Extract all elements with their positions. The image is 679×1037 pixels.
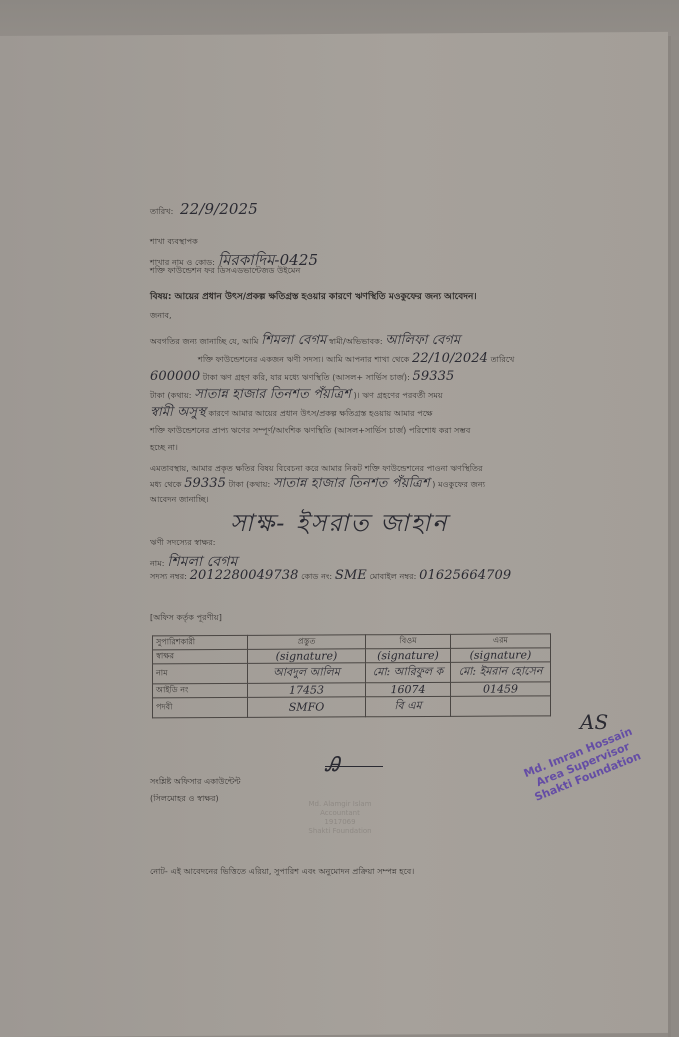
faded-stamp-line: Accountant (280, 809, 400, 818)
member-info-row: সদস্য নম্বর: 2012280049738 কোড নং: SME ম… (150, 568, 511, 584)
table-row: নাম আবদুল আলিম মো: আরিফুল ক মো: ইমরান হো… (153, 661, 679, 684)
applicant-signature: সাক্ষ- ইসরাত জাহান (230, 505, 448, 545)
p1-line7: হচ্ছে না। (150, 443, 178, 452)
signature-bm: (signature) (377, 649, 439, 662)
p2-line3: আবেদন জানাচ্ছি। (150, 495, 209, 504)
p2-line2-mid: টাকা (কথায়: (229, 480, 271, 489)
faded-stamp-line: Shakti Foundation (280, 827, 400, 836)
header-bm: বিওম (366, 634, 451, 648)
accountant-label: সংশ্লিষ্ট অফিসার একাউন্টেন্ট (150, 776, 241, 789)
row-label-id: আইডি নং (153, 683, 248, 697)
p1-line4-suffix: )। ঋণ গ্রহণের পরবর্তী সময় (354, 391, 443, 400)
row-label-designation: পদবী (153, 697, 248, 717)
member-name-label: নাম: (150, 559, 165, 568)
paragraph-1: অবগতির জন্য জানাচ্ছি যে, আমি শিমলা বেগম … (150, 332, 660, 456)
member-signature-label: ঋণী সদস্যের স্বাক্ষর: (150, 537, 216, 550)
loan-date-suffix: তারিখে (491, 355, 515, 364)
handwritten-initials: AS (580, 710, 608, 734)
taka-in-words-prefix: টাকা (কথায়: (150, 391, 192, 400)
row-label-name: নাম (153, 663, 248, 683)
id-prepared: 17453 (289, 684, 324, 697)
guardian-label: স্বামী/অভিভাবক: (329, 337, 383, 346)
amount-in-words-handwritten: সাতান্ন হাজার তিনশত পঁয়ত্রিশ (194, 387, 351, 402)
designation-bm: বি এম (394, 699, 421, 712)
salutation: জনাব, (150, 310, 172, 323)
p1-line3: টাকা ঋণ গ্রহণ করি, যার মধ্যে ঋণস্থিতি (আ… (203, 373, 410, 382)
faded-stamp-line: 1917069 (280, 818, 400, 827)
footer-note: নোট- এই আবেদনের ভিত্তিতে এরিয়া, সুপারিশ… (150, 866, 414, 879)
p2-line1: এমতাবস্থায়, আমার প্রকৃত ক্ষতির বিষয় বি… (150, 464, 483, 473)
name-bm: মো: আরিফুল ক (373, 665, 443, 678)
header-am: এরম (451, 634, 551, 649)
guardian-name-handwritten: আলিফা বেগম (385, 333, 460, 348)
paper-edge (668, 36, 671, 1037)
member-no-label: সদস্য নম্বর: (150, 572, 187, 581)
accountant-sub-label: (সিলমোহর ও স্বাক্ষর) (150, 793, 219, 806)
designation-prepared: SMFO (289, 701, 324, 714)
p2-line2-prefix: মধ্য থেকে (150, 480, 182, 489)
mobile-value: 01625664709 (419, 568, 511, 583)
waiver-in-words-handwritten: সাতান্ন হাজার তিনশত পঁয়ত্রিশ (273, 476, 430, 491)
paragraph-2: এমতাবস্থায়, আমার প্রকৃত ক্ষতির বিষয় বি… (150, 461, 650, 507)
header-prepared: প্রস্তুত (248, 635, 366, 650)
reason-handwritten: স্বামী অসুস্থ (150, 405, 206, 420)
accountant-faded-stamp: Md. Alamgir Islam Accountant 1917069 Sha… (280, 800, 400, 836)
member-name-handwritten: শিমলা বেগম (261, 333, 326, 348)
accountant-signature: Ꭿ (325, 752, 339, 776)
p1-line2: শক্তি ফাউন্ডেশনের একজন ঋণী সদস্য। আমি আপ… (198, 355, 409, 364)
loan-amount: 600000 (150, 369, 200, 384)
loan-date-handwritten: 22/10/2024 (412, 351, 488, 366)
p2-line2-suffix: ) মওকুফের জন্য (432, 480, 485, 489)
member-no-value: 2012280049738 (190, 568, 299, 583)
date-label: তারিখ: (150, 207, 173, 216)
p1-intro: অবগতির জন্য জানাচ্ছি যে, আমি (150, 337, 258, 346)
row-label-signature: স্বাক্ষর (153, 649, 248, 663)
applicant-signature-text: সাক্ষ- ইসরাত জাহান (230, 509, 448, 537)
id-am: 01459 (483, 682, 518, 695)
branch-manager: শাখা ব্যবস্থাপক (150, 236, 198, 249)
signature-prepared: (signature) (276, 649, 338, 662)
organization-name: শক্তি ফাউন্ডেশন ফর ডিসএডভান্টেজড উইমেন (150, 265, 300, 278)
office-use-label: [অফিস কর্তৃক পূরণীয়] (150, 612, 222, 625)
code-label: কোড নং: (301, 572, 332, 581)
mobile-label: মোবাইল নম্বর: (370, 572, 417, 581)
faded-stamp-line: Md. Alamgir Islam (280, 800, 400, 809)
outstanding-amount-handwritten: 59335 (413, 369, 455, 384)
p1-line5: কারণে আমার আয়ের প্রধান উৎস/প্রকল্প ক্ষত… (208, 409, 432, 418)
review-table: সুপারিশকারী প্রস্তুত বিওম এরম স্বাক্ষর (… (152, 633, 679, 719)
subject-line: বিষয়: আয়ের প্রধান উৎস/প্রকল্প ক্ষতিগ্র… (150, 289, 477, 304)
date-value: 22/9/2025 (180, 200, 258, 218)
code-value: SME (335, 568, 367, 583)
header-recommender: সুপারিশকারী (153, 635, 248, 649)
date-row: তারিখ: 22/9/2025 (150, 200, 258, 219)
p1-line6: শক্তি ফাউন্ডেশনের প্রাপ্য ঋণের সম্পূর্ণ/… (150, 426, 470, 435)
waiver-amount-handwritten: 59335 (184, 476, 226, 491)
signature-am: (signature) (470, 648, 532, 661)
id-bm: 16074 (391, 683, 426, 696)
name-am: মো: ইমরান হোসেন (459, 664, 543, 677)
name-prepared: আবদুল আলিম (273, 665, 340, 678)
